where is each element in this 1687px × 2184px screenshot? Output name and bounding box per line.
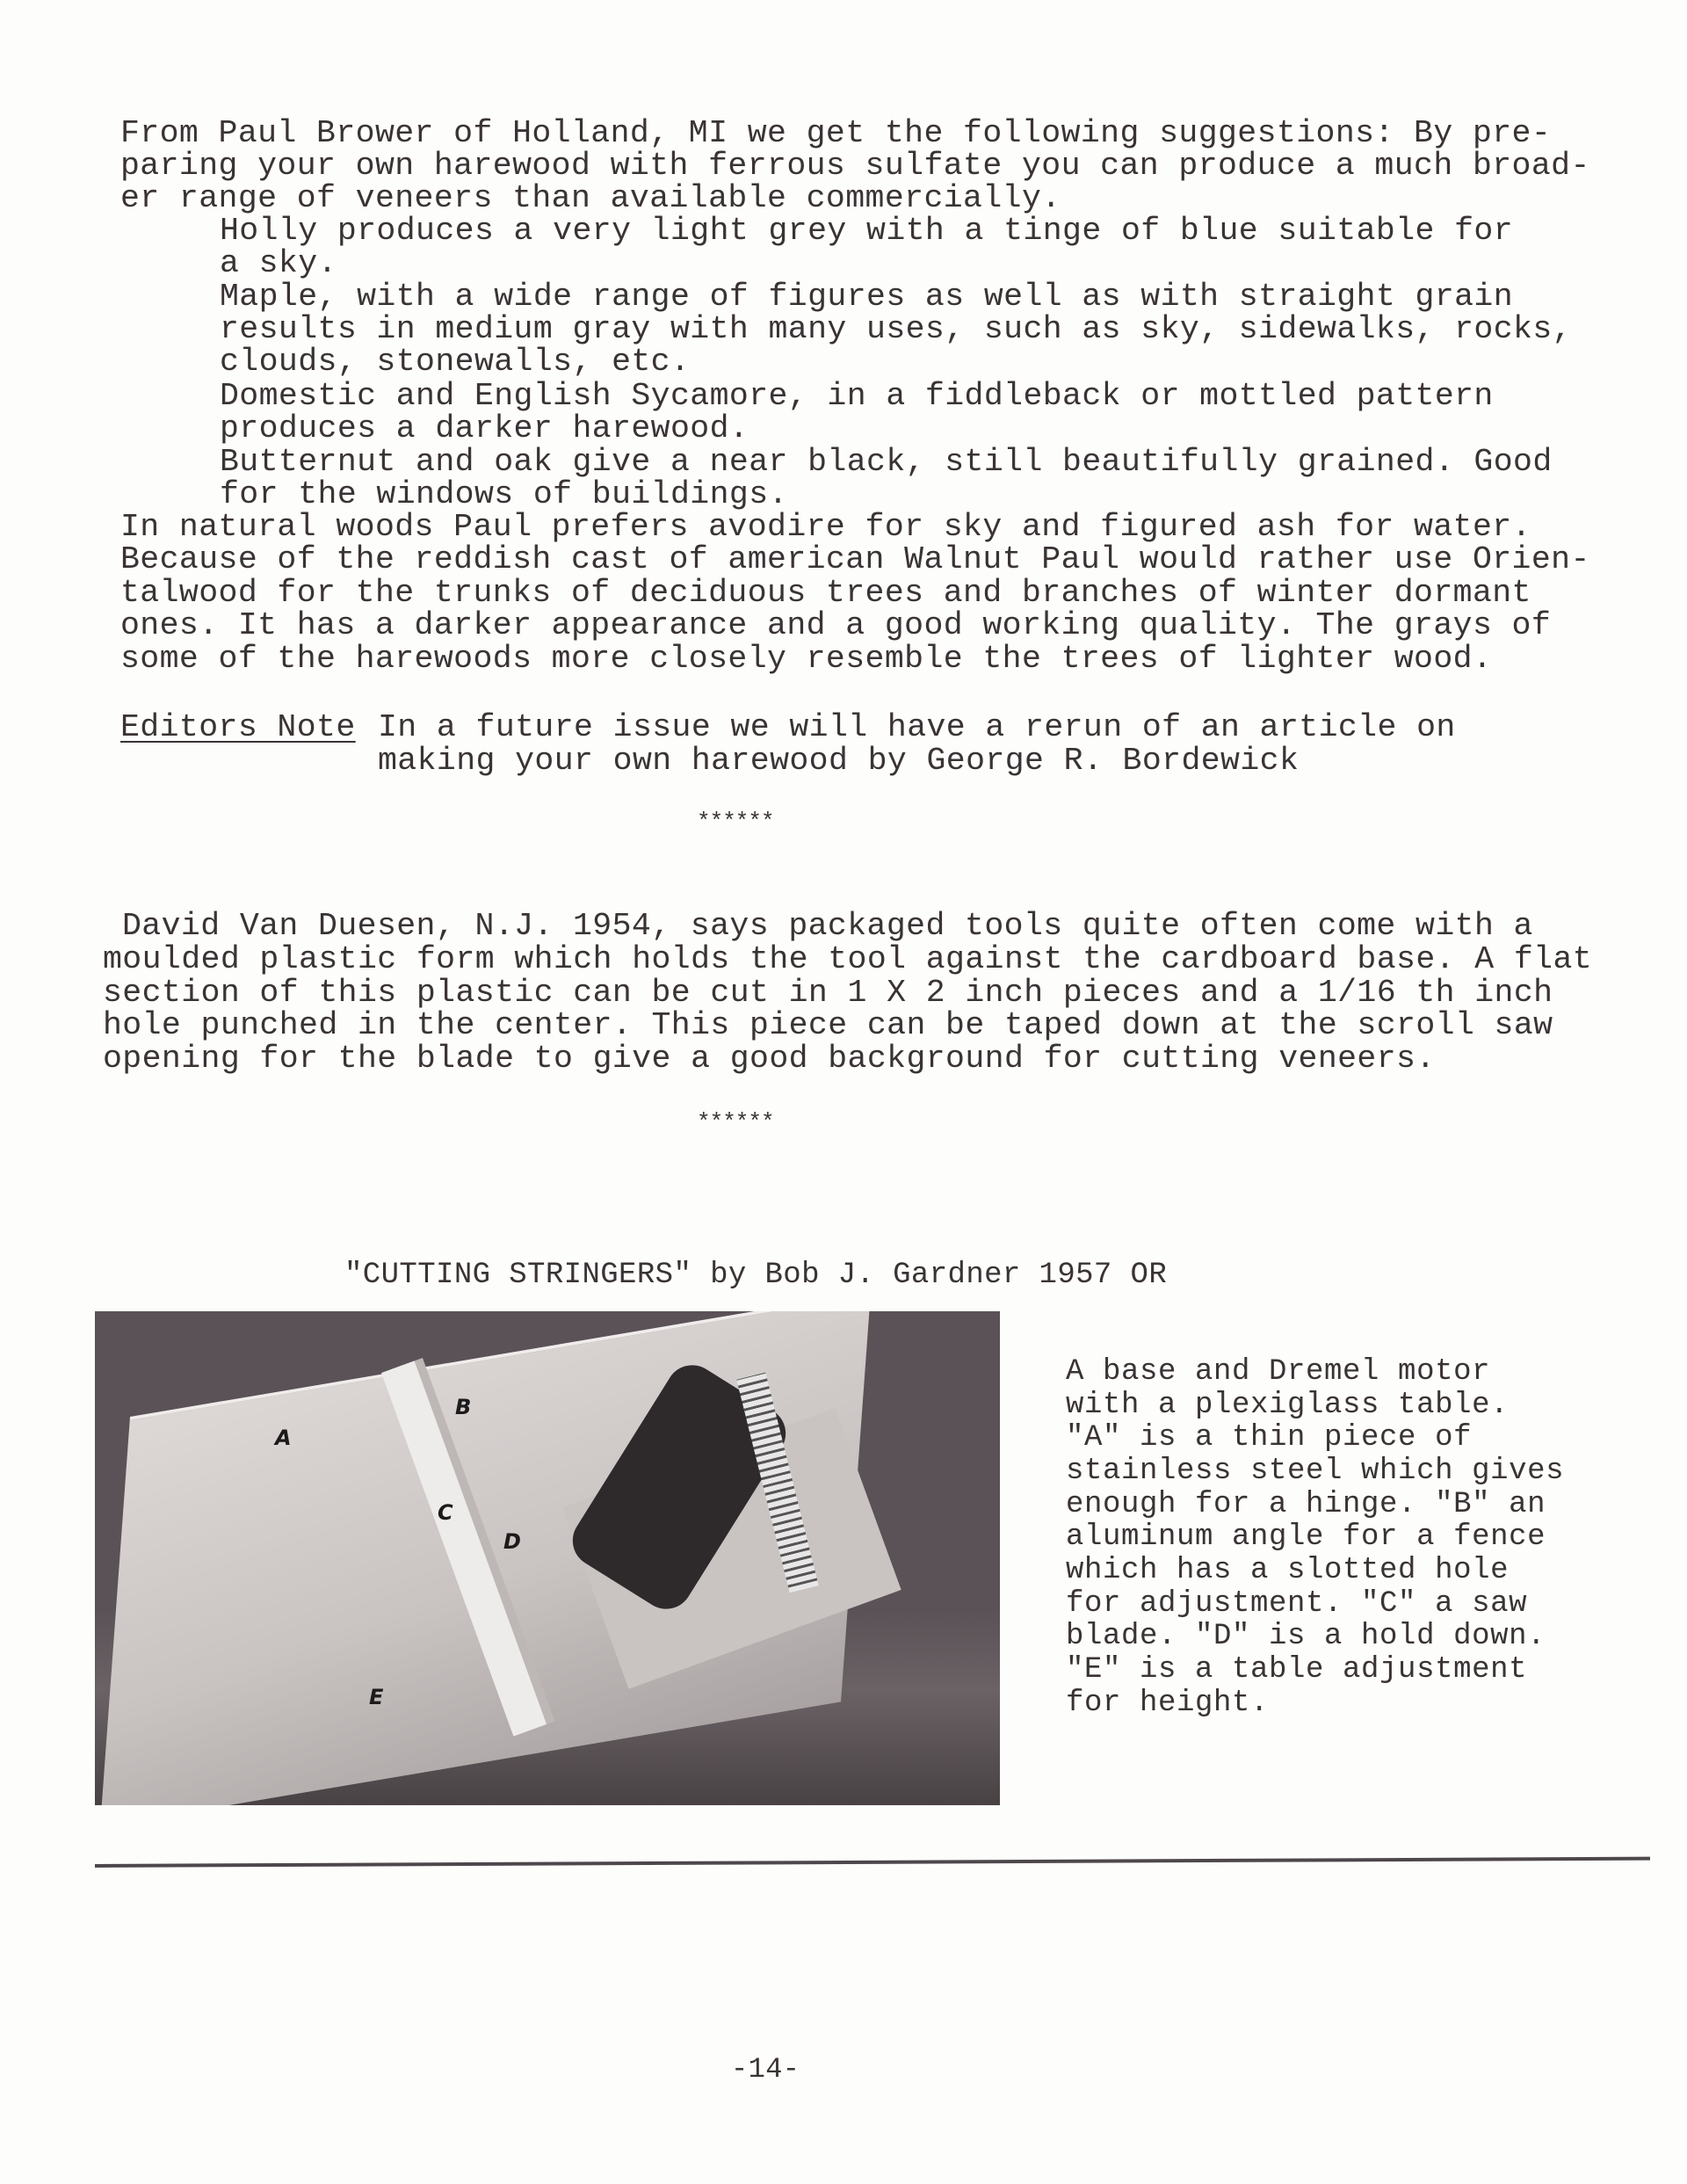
editors-note-line: In a future issue we will have a rerun o… [378, 711, 1456, 744]
caption-line: with a plexiglass table. [1066, 1389, 1509, 1422]
paragraph-line: ones. It has a darker appearance and a g… [120, 609, 1551, 642]
caption-line: which has a slotted hole [1066, 1554, 1509, 1587]
caption-line: "E" is a table adjustment [1066, 1653, 1527, 1687]
photo-label-c: C [438, 1500, 453, 1525]
paragraph-line: talwood for the trunks of deciduous tree… [120, 577, 1531, 610]
photo-label-e: E [369, 1685, 383, 1709]
section-separator: ****** [697, 1109, 774, 1136]
dremel-table-photo: A B C D E [95, 1311, 1000, 1805]
article-title: "CUTTING STRINGERS" by Bob J. Gardner 19… [344, 1259, 1167, 1292]
indented-line: a sky. [220, 247, 337, 280]
indented-line: Maple, with a wide range of figures as w… [220, 280, 1513, 314]
caption-line: aluminum angle for a fence [1066, 1520, 1546, 1554]
photo-label-a: A [275, 1426, 292, 1450]
page-number: -14- [731, 2053, 800, 2086]
caption-line: for height. [1066, 1687, 1269, 1720]
indented-line: Domestic and English Sycamore, in a fidd… [220, 380, 1494, 413]
caption-line: "A" is a thin piece of [1066, 1421, 1472, 1455]
caption-line: for adjustment. "C" a saw [1066, 1587, 1527, 1621]
indented-line: Butternut and oak give a near black, sti… [220, 446, 1553, 479]
photo-label-b: B [455, 1395, 471, 1419]
paragraph-line: opening for the blade to give a good bac… [103, 1042, 1436, 1076]
caption-line: stainless steel which gives [1066, 1455, 1564, 1488]
section-separator: ****** [697, 809, 774, 835]
editors-note-line: making your own harewood by George R. Bo… [378, 744, 1299, 778]
caption-line: enough for a hinge. "B" an [1066, 1488, 1546, 1521]
indented-line: results in medium gray with many uses, s… [220, 313, 1572, 346]
paragraph-line: er range of veneers than available comme… [120, 182, 1061, 215]
caption-line: blade. "D" is a hold down. [1066, 1620, 1546, 1653]
indented-line: produces a darker harewood. [220, 412, 749, 446]
paragraph-line: Because of the reddish cast of american … [120, 543, 1590, 577]
paragraph-line: hole punched in the center. This piece c… [103, 1009, 1553, 1042]
paragraph-line: section of this plastic can be cut in 1 … [103, 976, 1553, 1010]
paragraph-line: paring your own harewood with ferrous su… [120, 149, 1590, 183]
paragraph-line: From Paul Brower of Holland, MI we get t… [120, 117, 1551, 150]
paragraph-line: David Van Duesen, N.J. 1954, says packag… [122, 910, 1533, 943]
caption-line: A base and Dremel motor [1066, 1355, 1490, 1389]
indented-line: clouds, stonewalls, etc. [220, 345, 690, 379]
indented-line: for the windows of buildings. [220, 478, 788, 512]
paragraph-line: some of the harewoods more closely resem… [120, 642, 1492, 676]
photo-label-d: D [503, 1529, 521, 1554]
paragraph-line: moulded plastic form which holds the too… [103, 943, 1592, 976]
paragraph-line: In natural woods Paul prefers avodire fo… [120, 511, 1531, 544]
editors-note-label: Editors Note [120, 711, 356, 744]
indented-line: Holly produces a very light grey with a … [220, 214, 1513, 248]
horizontal-divider [95, 1857, 1650, 1868]
